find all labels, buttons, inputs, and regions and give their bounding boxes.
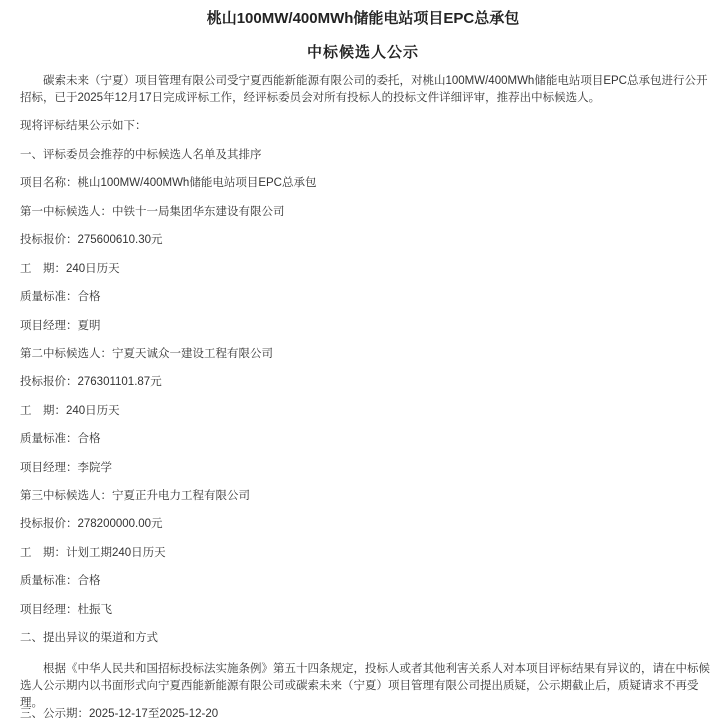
candidate-1-duration: 工 期：240日历天 — [20, 261, 120, 277]
section1-heading: 一、评标委员会推荐的中标候选人名单及其排序 — [20, 147, 262, 163]
candidate-1-rank: 第一中标候选人：中铁十一局集团华东建设有限公司 — [20, 204, 285, 220]
announce-line: 现将评标结果公示如下： — [20, 118, 147, 134]
candidate-3-price: 投标报价：278200000.00元 — [20, 516, 163, 532]
candidate-1-manager: 项目经理：夏明 — [20, 318, 101, 334]
candidate-2-price: 投标报价：276301101.87元 — [20, 374, 162, 390]
candidate-2-duration: 工 期：240日历天 — [20, 403, 120, 419]
section3-publicity-period: 三、公示期：2025-12-17至2025-12-20 — [20, 706, 218, 722]
candidate-3-duration: 工 期：计划工期240日历天 — [20, 545, 166, 561]
candidate-2-quality: 质量标准：合格 — [20, 431, 101, 447]
candidate-3-manager: 项目经理：杜振飞 — [20, 602, 112, 618]
document-title: 桃山100MW/400MWh储能电站项目EPC总承包 — [0, 7, 726, 28]
candidate-1-price: 投标报价：275600610.30元 — [20, 232, 163, 248]
document-subtitle: 中标候选人公示 — [0, 41, 726, 62]
objection-paragraph: 根据《中华人民共和国招标投标法实施条例》第五十四条规定，投标人或者其他利害关系人… — [20, 661, 710, 712]
project-name-line: 项目名称：桃山100MW/400MWh储能电站项目EPC总承包 — [20, 175, 316, 191]
candidate-2-manager: 项目经理：李院学 — [20, 460, 112, 476]
candidate-2-rank: 第二中标候选人：宁夏天诚众一建设工程有限公司 — [20, 346, 273, 362]
intro-paragraph: 碳索未来（宁夏）项目管理有限公司受宁夏西能新能源有限公司的委托，对桃山100MW… — [20, 73, 710, 107]
candidate-3-quality: 质量标准：合格 — [20, 573, 101, 589]
candidate-3-rank: 第三中标候选人：宁夏正升电力工程有限公司 — [20, 488, 250, 504]
section2-heading: 二、提出异议的渠道和方式 — [20, 630, 158, 646]
candidate-1-quality: 质量标准：合格 — [20, 289, 101, 305]
